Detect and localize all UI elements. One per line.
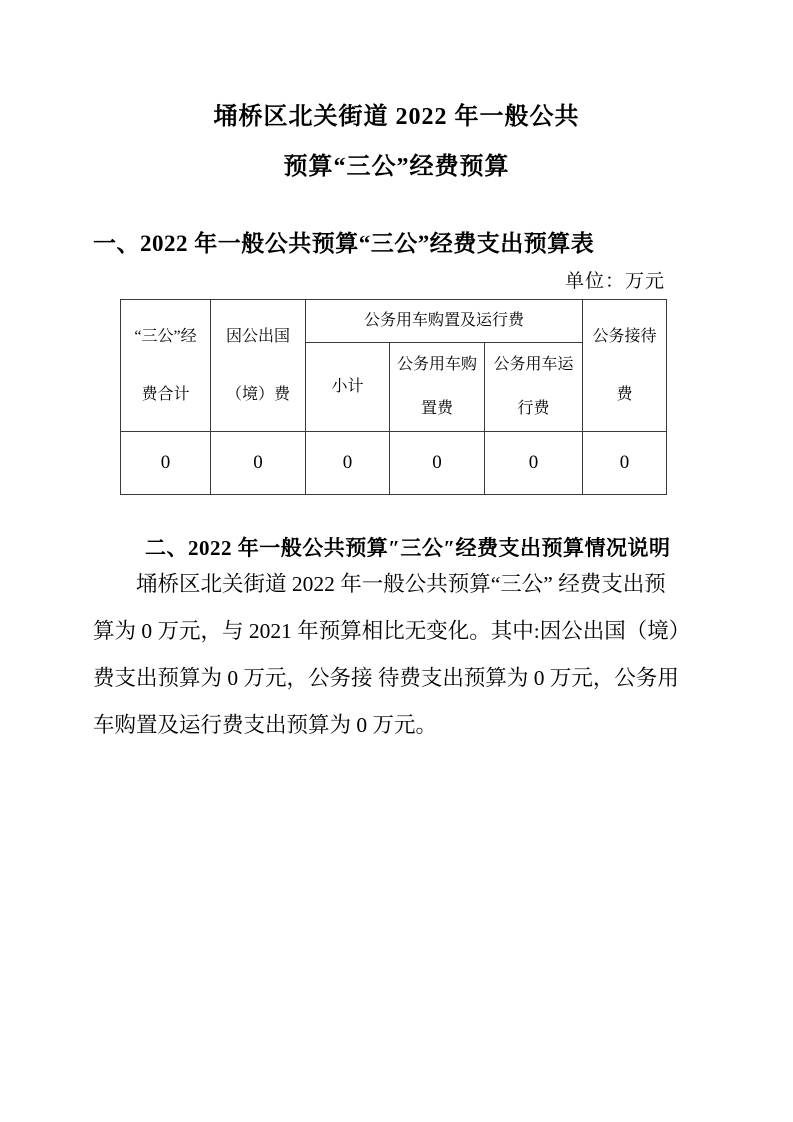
budget-table: “三公”经 费合计 因公出国 （境）费 公务用车购置及运行费 公务接待 费 小计… bbox=[120, 299, 667, 495]
document-title-line-1: 埇桥区北关街道 2022 年一般公共 bbox=[0, 92, 793, 142]
table-unit-label: 单位：万元 bbox=[93, 266, 665, 293]
table-data-row: 0 0 0 0 0 0 bbox=[121, 432, 667, 495]
header-cell-sangong-total: “三公”经 费合计 bbox=[121, 300, 211, 432]
document-page: 埇桥区北关街道 2022 年一般公共 预算“三公”经费预算 一、2022 年一般… bbox=[0, 0, 793, 1122]
header-cell-abroad: 因公出国 （境）费 bbox=[211, 300, 306, 432]
data-cell-subtotal: 0 bbox=[306, 432, 390, 495]
data-cell-purchase: 0 bbox=[390, 432, 485, 495]
paragraph-line: 埇桥区北关街道 2022 年一般公共预算“三公” 经费支出预 bbox=[93, 561, 713, 608]
paragraph-line: 算为 0 万元，与 2021 年预算相比无变化。其中:因公出国（境） bbox=[93, 608, 713, 655]
document-title-line-2: 预算“三公”经费预算 bbox=[0, 142, 793, 192]
header-cell-vehicle-group: 公务用车购置及运行费 bbox=[306, 300, 583, 343]
document-title: 埇桥区北关街道 2022 年一般公共 预算“三公”经费预算 bbox=[0, 92, 793, 192]
section-1-heading: 一、2022 年一般公共预算“三公”经费支出预算表 bbox=[93, 225, 594, 258]
section-2-heading: 二、2022 年一般公共预算″三公″经费支出预算情况说明 bbox=[145, 532, 670, 562]
header-cell-reception: 公务接待 费 bbox=[583, 300, 667, 432]
paragraph-line: 费支出预算为 0 万元，公务接 待费支出预算为 0 万元，公务用 bbox=[93, 655, 713, 702]
data-cell-reception: 0 bbox=[583, 432, 667, 495]
data-cell-operation: 0 bbox=[485, 432, 583, 495]
paragraph-line: 车购置及运行费支出预算为 0 万元。 bbox=[93, 702, 713, 749]
data-cell-sangong-total: 0 bbox=[121, 432, 211, 495]
header-cell-operation: 公务用车运 行费 bbox=[485, 343, 583, 432]
data-cell-abroad: 0 bbox=[211, 432, 306, 495]
explanation-paragraph: 埇桥区北关街道 2022 年一般公共预算“三公” 经费支出预 算为 0 万元，与… bbox=[93, 561, 713, 749]
header-cell-subtotal: 小计 bbox=[306, 343, 390, 432]
header-cell-purchase: 公务用车购 置费 bbox=[390, 343, 485, 432]
table-header-row-1: “三公”经 费合计 因公出国 （境）费 公务用车购置及运行费 公务接待 费 bbox=[121, 300, 667, 343]
